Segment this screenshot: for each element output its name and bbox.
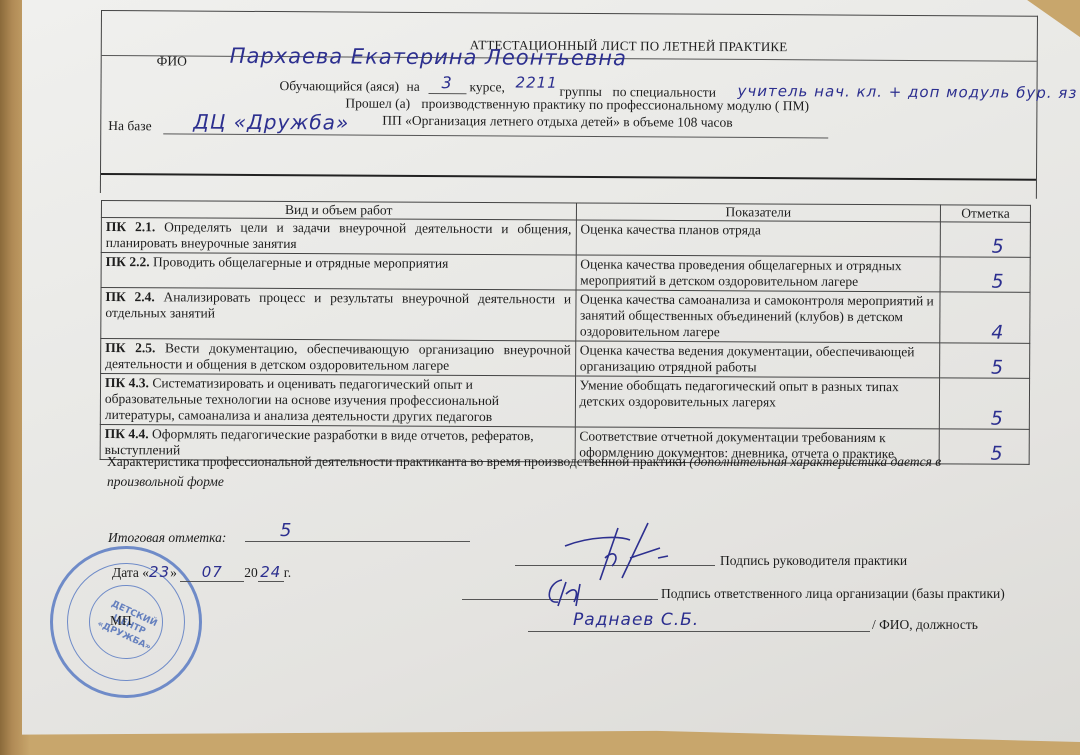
row-work: Определять цели и задачи внеурочной деят… <box>106 219 572 251</box>
row-code: ПК 2.2. <box>106 254 150 269</box>
date-suffix: г. <box>284 565 291 580</box>
header-mark: Отметка <box>941 205 1031 222</box>
table-row: ПК 2.2. Проводить общелагерные и отрядны… <box>101 253 1030 293</box>
row-code: ПК 4.3. <box>105 375 149 390</box>
row-indicator: Оценка качества ведения документации, об… <box>575 341 940 378</box>
org-signature <box>540 576 600 610</box>
passed-label: Прошел (а) <box>345 95 410 111</box>
row-code: ПК 2.1. <box>106 219 155 234</box>
course-label: курсе, <box>469 79 505 95</box>
header-indicator: Показатели <box>576 203 941 222</box>
fio-position-value: Раднаев С.Б. <box>573 610 699 630</box>
on-label: на <box>406 79 419 95</box>
row-work: Проводить общелагерные и отрядные меропр… <box>153 254 448 271</box>
date-century: 20 <box>244 565 258 580</box>
org-signature-label: Подпись ответственного лица организации … <box>661 586 1005 602</box>
practice-text: производственную практику по профессиона… <box>421 96 809 114</box>
fio-position-label: / ФИО, должность <box>872 617 978 633</box>
date-month: 07 <box>202 563 223 581</box>
row-code: ПК 4.4. <box>105 426 149 441</box>
row-work: Вести документацию, обеспечивающую орган… <box>105 340 571 372</box>
date-year: 24 <box>260 563 281 581</box>
fio-label: ФИО <box>157 53 187 69</box>
divider-thick <box>101 173 1036 181</box>
date-label: Дата « <box>112 565 149 580</box>
row-indicator: Оценка качества проведения общелагерных … <box>576 255 941 292</box>
table-row: ПК 2.5. Вести документацию, обеспечивающ… <box>101 339 1030 379</box>
competency-table: Вид и объем работ Показатели Отметка ПК … <box>100 200 1031 465</box>
characteristic-text: Характеристика профессиональной деятельн… <box>107 454 686 469</box>
row-code: ПК 2.4. <box>105 289 154 304</box>
final-mark-value: 5 <box>280 520 292 541</box>
date-day: 23 <box>149 563 170 581</box>
final-mark-label: Итоговая отметка: <box>108 530 226 546</box>
row-indicator: Умение обобщать педагогический опыт в ра… <box>575 376 940 429</box>
student-label: Обучающийся (аяся) <box>279 78 399 95</box>
characteristic-section: Характеристика профессиональной деятельн… <box>107 452 1007 492</box>
row-indicator: Оценка качества самоанализа и самоконтро… <box>575 290 940 343</box>
row-mark: 4 <box>991 325 1003 341</box>
row-code: ПК 2.5. <box>105 340 155 355</box>
row-mark: 5 <box>991 274 1003 290</box>
row-indicator: Оценка качества планов отряда <box>576 220 941 257</box>
mp-label: МП <box>110 613 132 629</box>
fio-position-line <box>528 631 870 632</box>
row-mark: 5 <box>991 411 1003 427</box>
pp-text: ПП «Организация летнего отдыха детей» в … <box>382 113 732 131</box>
row-work: Анализировать процесс и результаты внеур… <box>105 289 571 320</box>
row-work: Систематизировать и оценивать педагогиче… <box>105 375 499 424</box>
header-box: АТТЕСТАЦИОННЫЙ ЛИСТ ПО ЛЕТНЕЙ ПРАКТИКЕ Ф… <box>100 10 1038 199</box>
course-underline <box>428 93 466 94</box>
base-underline <box>163 133 828 138</box>
table-row: ПК 2.4. Анализировать процесс и результа… <box>101 288 1030 344</box>
fio-value: Пархаева Екатерина Леонтьевна <box>230 44 627 70</box>
row-mark: 5 <box>991 360 1003 376</box>
final-mark-underline <box>245 541 470 542</box>
course-value: 3 <box>442 73 453 92</box>
supervisor-signature-label: Подпись руководителя практики <box>720 553 907 569</box>
row-mark: 5 <box>992 239 1004 255</box>
date-quote: » <box>170 565 177 580</box>
base-label: На базе <box>108 118 151 134</box>
date-line: Дата «23» 072024г. <box>112 563 291 582</box>
table-row: ПК 4.3. Систематизировать и оценивать пе… <box>100 374 1029 430</box>
table-row: ПК 2.1. Определять цели и задачи внеуроч… <box>101 218 1030 258</box>
base-value: ДЦ «Дружба» <box>193 110 349 135</box>
group-value: 2211 <box>516 74 558 92</box>
